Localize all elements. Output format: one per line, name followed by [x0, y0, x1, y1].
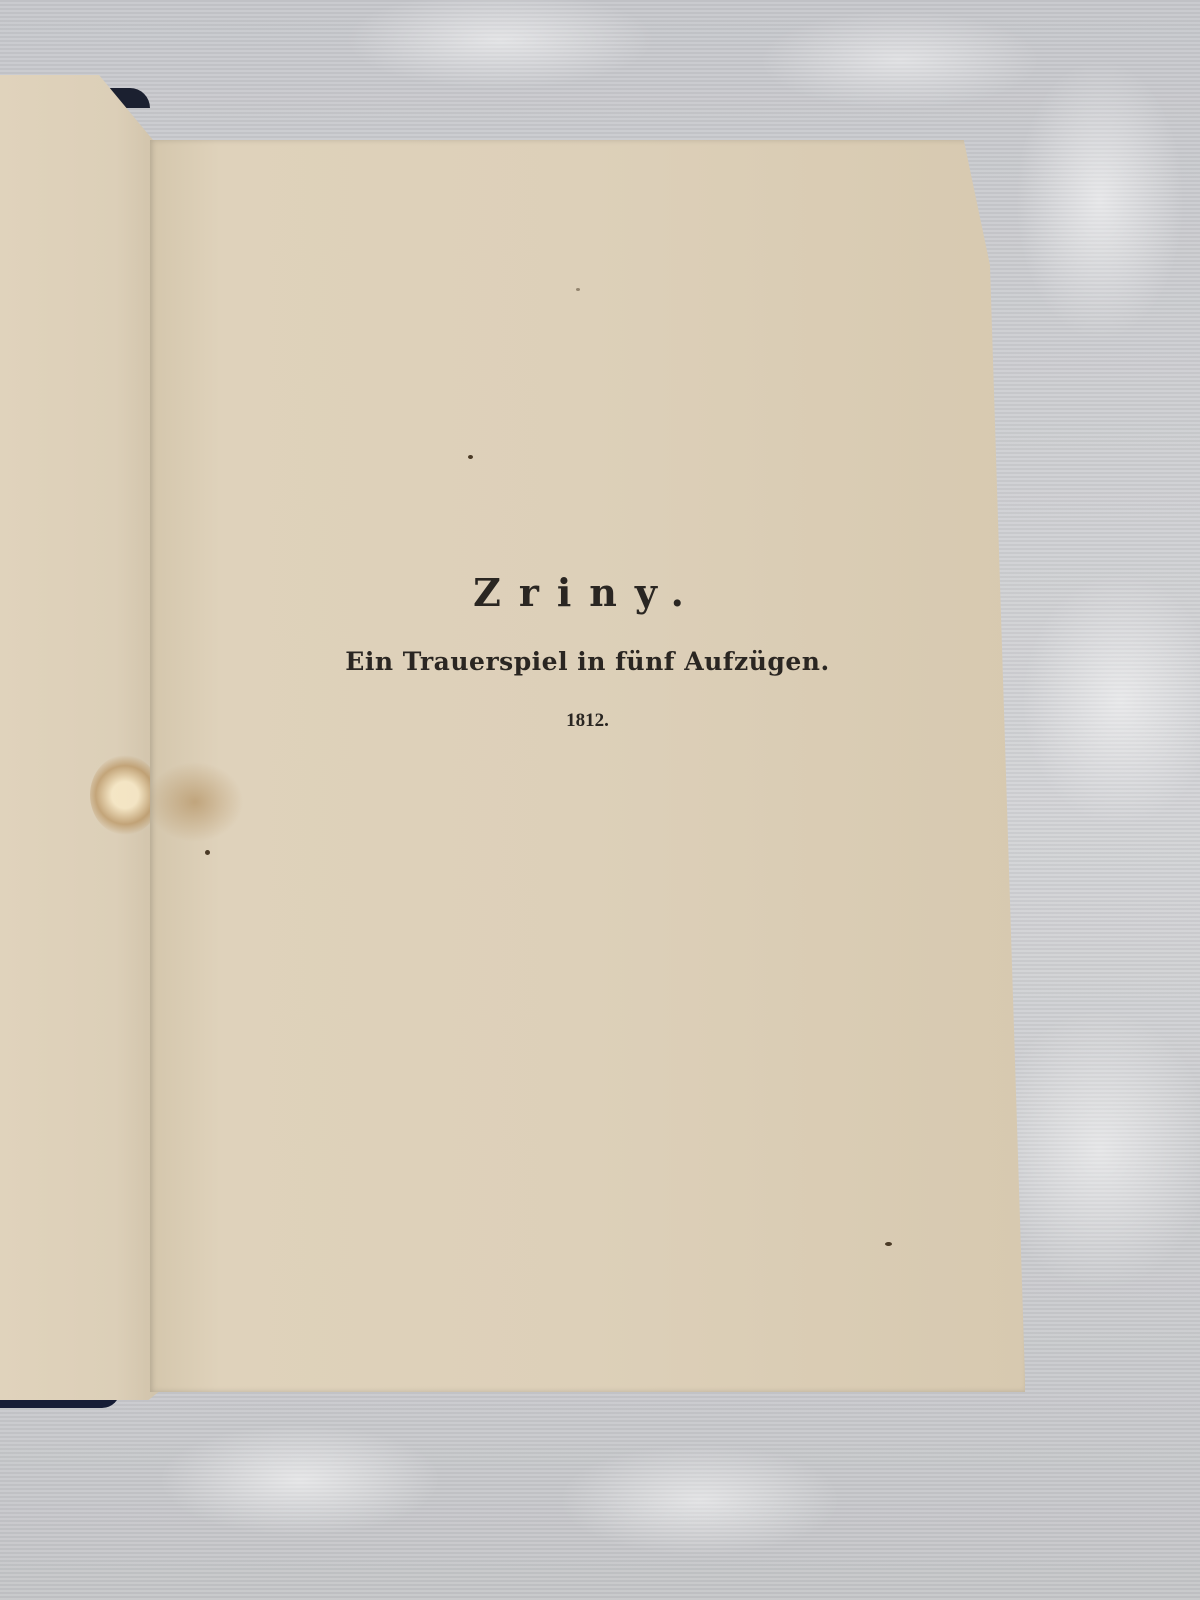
- paper-speck: [205, 850, 210, 855]
- left-page: [0, 75, 165, 1400]
- paper-speck: [885, 1242, 892, 1246]
- book-title: Zriny.: [150, 570, 1025, 615]
- water-stain-left: [90, 755, 160, 835]
- publication-year: 1812.: [150, 710, 1025, 732]
- title-page: [150, 140, 1025, 1392]
- paper-speck: [576, 288, 580, 291]
- title-block: Zriny. Ein Trauerspiel in fünf Aufzügen.…: [150, 570, 1025, 732]
- paper-speck: [468, 455, 473, 459]
- book-subtitle: Ein Trauerspiel in fünf Aufzügen.: [150, 647, 1025, 676]
